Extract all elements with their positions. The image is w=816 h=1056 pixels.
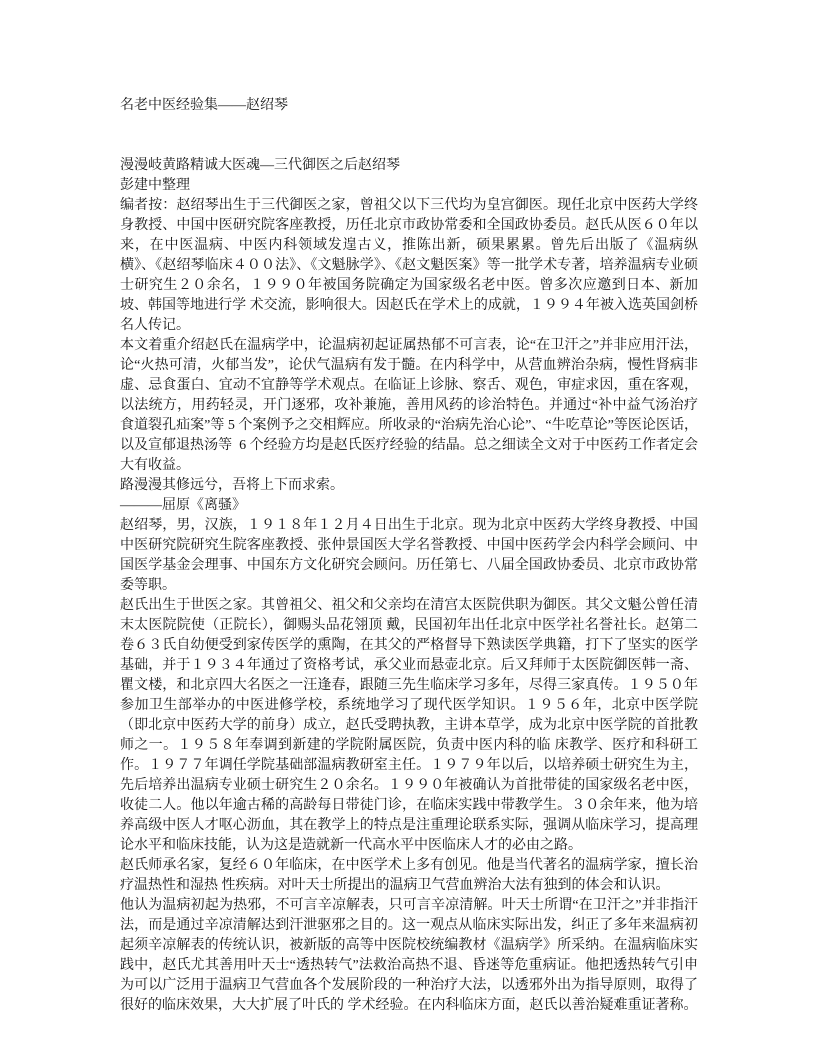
paragraph-article-summary: 本文着重介绍赵氏在温病学中，论温病初起证属热郁不可言表，论“在卫汗之”并非应用汗…	[120, 336, 698, 476]
paragraph-academic-achievements: 赵氏师承名家，复经６０年临床，在中医学术上多有创见。他是当代著名的温病学家，擅长…	[120, 856, 698, 896]
paragraph-wenbing-theory: 他认为温病初起为热邪，不可言辛凉解表，只可言辛凉清解。叶天士所谓“在卫汗之”并非…	[120, 896, 698, 1016]
paragraph-editor-note: 编者按：赵绍琴出生于三代御医之家，曾祖父以下三代均为皇宫御医。现任北京中医药大学…	[120, 196, 698, 336]
paragraph-bio-titles: 赵绍琴，男，汉族，１９１８年１２月４日出生于北京。现为北京中医药大学终身教授、中…	[120, 516, 698, 596]
document-page: 名老中医经验集——赵绍琴 漫漫岐黄路精诚大医魂—三代御医之后赵绍琴 彭建中整理 …	[0, 0, 816, 1056]
article-heading: 漫漫岐黄路精诚大医魂—三代御医之后赵绍琴	[120, 156, 698, 176]
title-gap-spacer	[120, 116, 698, 156]
article-byline: 彭建中整理	[120, 176, 698, 196]
document-title: 名老中医经验集——赵绍琴	[120, 96, 698, 116]
paragraph-bio-history: 赵氏出生于世医之家。其曾祖父、祖父和父亲均在清宫太医院供职为御医。其父文魁公曾任…	[120, 596, 698, 856]
paragraph-epigraph-attribution: ———屈原《离骚》	[120, 496, 698, 516]
paragraph-epigraph: 路漫漫其修远兮，吾将上下而求索。	[120, 476, 698, 496]
